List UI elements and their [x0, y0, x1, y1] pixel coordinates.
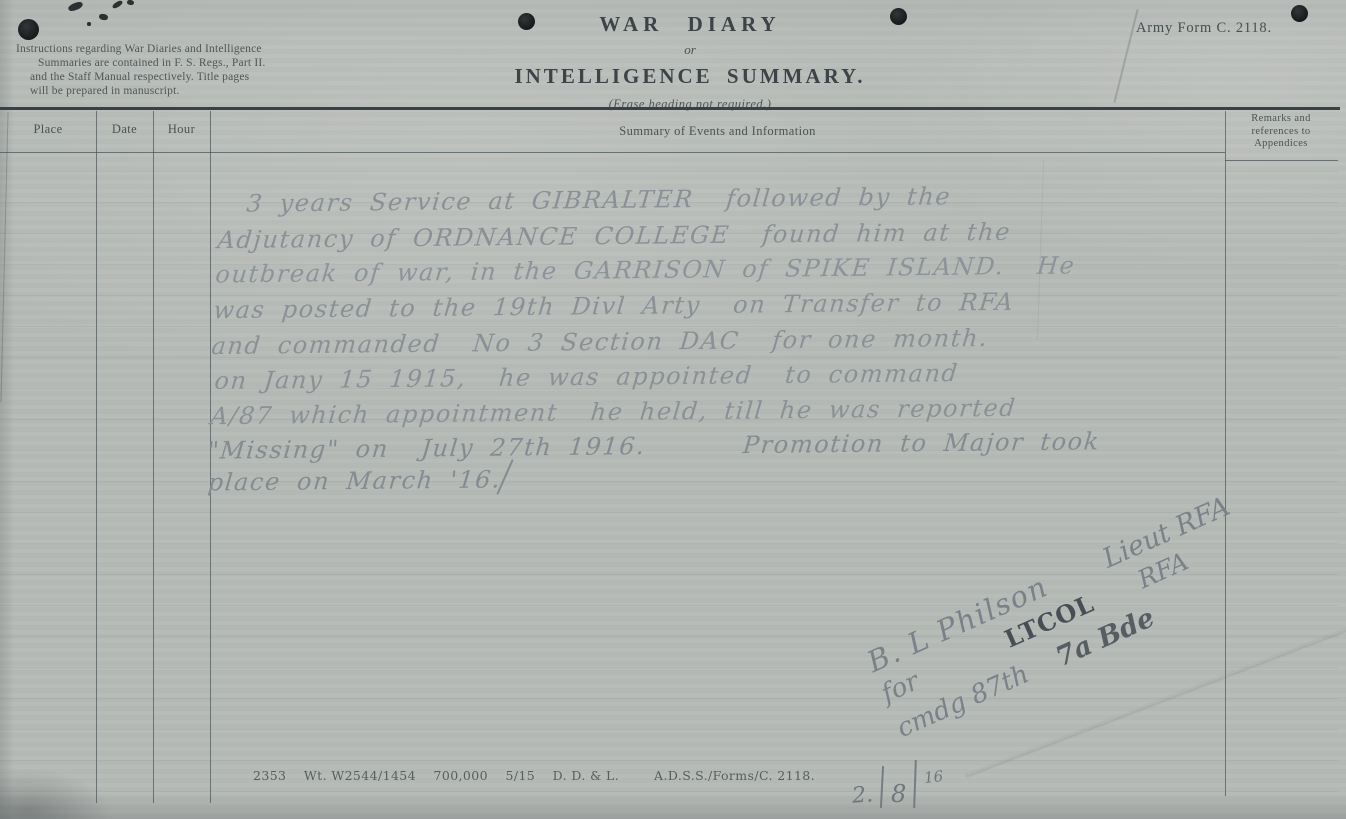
ink-speck: [127, 0, 135, 6]
war-diary-form-page: Instructions regarding War Diaries and I…: [0, 0, 1346, 819]
form-title-block: WAR DIARY or INTELLIGENCE SUMMARY. (Eras…: [470, 12, 910, 112]
ink-speck: [112, 0, 124, 10]
table-header-underline: [0, 152, 1225, 153]
remarks-header-line: Appendices: [1225, 138, 1337, 151]
ink-speck: [98, 13, 108, 21]
printer-imprint: 2353 Wt. W2544/1454 700,000 5/15 D. D. &…: [253, 768, 815, 783]
punch-hole-icon: [1291, 5, 1308, 22]
date-separator-stroke: [880, 766, 884, 808]
instructions-line: Summaries are contained in F. S. Regs., …: [38, 56, 366, 70]
column-header-summary: Summary of Events and Information: [210, 124, 1225, 139]
form-number: Army Form C. 2118.: [1136, 20, 1272, 37]
form-title-or: or: [470, 42, 910, 58]
handwritten-date: 2. 8 16: [852, 760, 943, 808]
punch-hole-icon: [18, 19, 39, 40]
column-header-remarks: Remarks and references to Appendices: [1225, 113, 1337, 151]
date-year: 16: [923, 767, 944, 787]
instructions-line: and the Staff Manual respectively. Title…: [30, 70, 366, 84]
table-top-rule: [0, 107, 1340, 110]
column-header-place: Place: [0, 122, 96, 137]
handwritten-entry-line: place on March '16.: [207, 465, 503, 496]
column-header-date: Date: [96, 122, 153, 137]
remarks-header-line: Remarks and: [1225, 113, 1337, 126]
ink-speck: [87, 22, 91, 26]
instructions-line: will be prepared in manuscript.: [30, 84, 366, 98]
remarks-header-underline: [1225, 160, 1338, 161]
instructions-note: Instructions regarding War Diaries and I…: [16, 42, 366, 98]
form-title: WAR DIARY: [470, 12, 910, 37]
instructions-line: Instructions regarding War Diaries and I…: [16, 42, 366, 56]
column-header-hour: Hour: [153, 122, 210, 137]
date-month: 8: [891, 780, 906, 808]
form-subtitle: INTELLIGENCE SUMMARY.: [470, 64, 910, 89]
remarks-header-line: references to: [1225, 126, 1337, 139]
ink-speck: [67, 0, 84, 12]
paper-crease: [1113, 9, 1138, 103]
date-separator-stroke: [913, 760, 917, 808]
date-day: 2.: [851, 782, 874, 808]
